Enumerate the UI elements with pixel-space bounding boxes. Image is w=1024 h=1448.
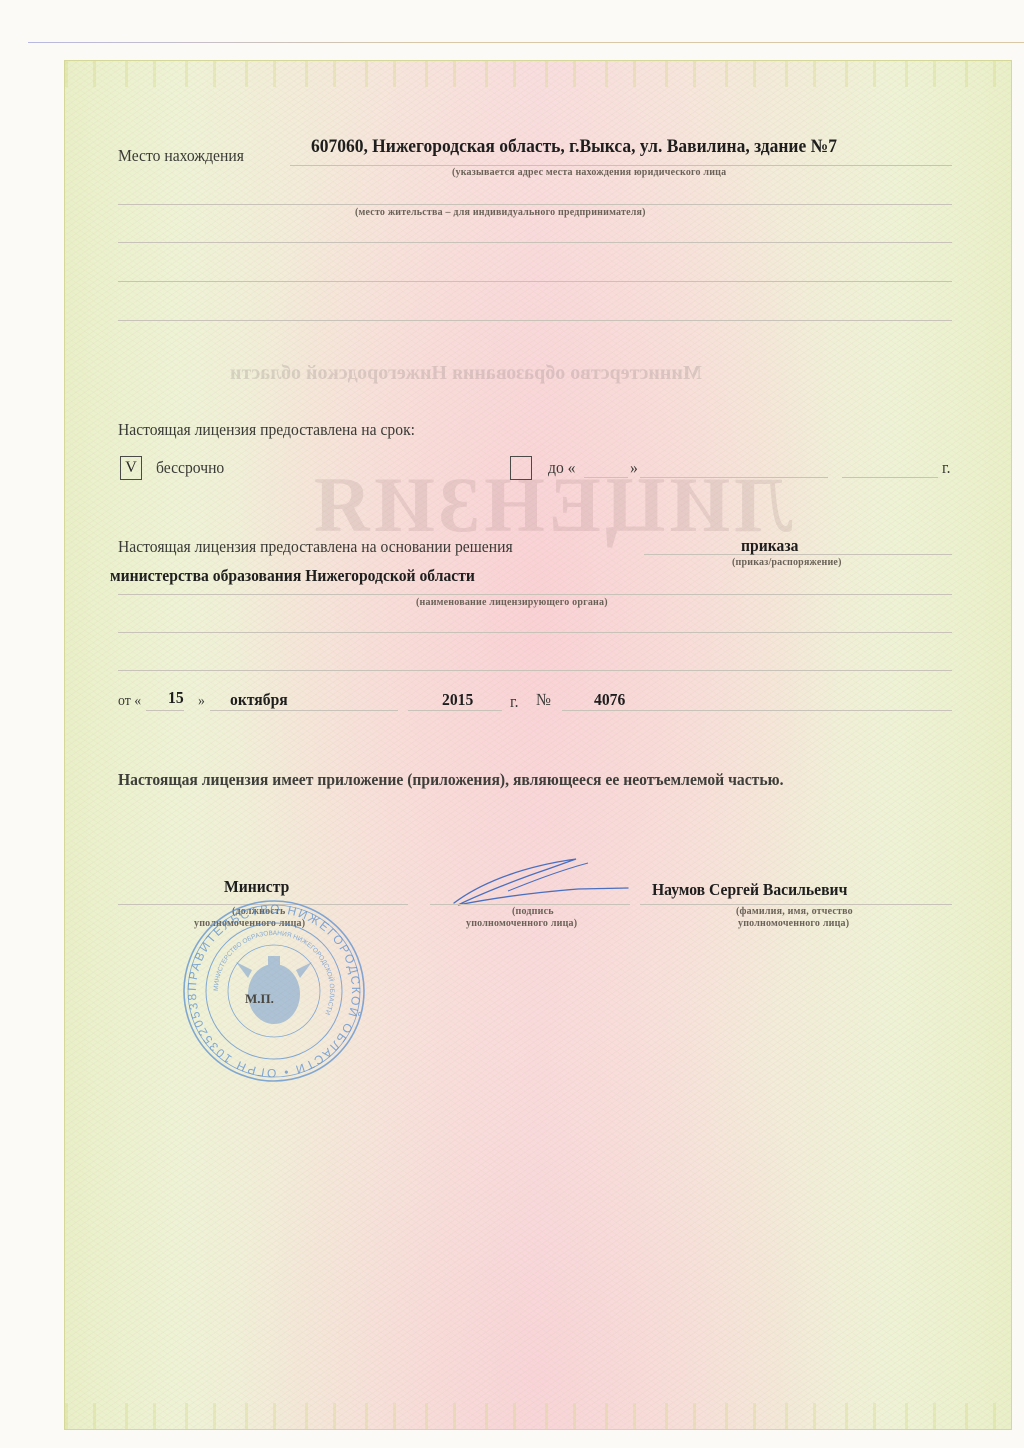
term-until-label: до «	[548, 458, 576, 478]
blank-line-2	[118, 281, 952, 282]
location-line-2	[118, 204, 952, 205]
date-prefix: от «	[118, 693, 141, 710]
signature-hint-1: (подпись	[512, 906, 554, 917]
number-line	[562, 710, 952, 711]
date-year-line	[408, 710, 502, 711]
name-hint-2: уполномоченного лица)	[738, 918, 849, 929]
number-sign: №	[536, 690, 551, 710]
date-close-quote: »	[198, 693, 205, 710]
double-headed-eagle-icon	[236, 956, 312, 1024]
signatory-name: Наумов Сергей Васильевич	[652, 880, 847, 900]
basis-type-value: приказа	[741, 536, 798, 556]
location-label: Место нахождения	[118, 146, 244, 166]
location-hint-individual: (место жительства – для индивидуального …	[355, 207, 646, 218]
blank-line-5	[118, 670, 952, 671]
term-until-month-line	[640, 477, 828, 478]
signature-line	[430, 904, 630, 905]
date-day: 15	[168, 688, 184, 708]
term-heading: Настоящая лицензия предоставлена на срок…	[118, 420, 415, 440]
seal-label: М.П.	[245, 991, 274, 1007]
term-until-year-suffix: г.	[942, 458, 951, 478]
appendix-note: Настоящая лицензия имеет приложение (при…	[118, 770, 783, 790]
name-line	[640, 904, 952, 905]
date-year: 2015	[442, 690, 473, 710]
guilloche-border-bottom	[65, 1403, 1011, 1429]
location-underline	[290, 165, 952, 166]
authority-hint: (наименование лицензирующего органа)	[416, 597, 608, 608]
location-hint-legal: (указывается адрес места нахождения юрид…	[452, 167, 726, 178]
bleed-through-ministry: Министерство образования Нижегородской о…	[230, 362, 702, 385]
date-month-line	[210, 710, 398, 711]
date-year-suffix: г.	[510, 692, 519, 712]
blank-line-3	[118, 320, 952, 321]
term-until-checkbox	[510, 456, 532, 480]
number-value: 4076	[594, 690, 625, 710]
license-sheet	[64, 60, 1012, 1430]
term-until-close-quote: »	[630, 458, 638, 478]
location-value: 607060, Нижегородская область, г.Выкса, …	[311, 136, 837, 158]
scan-edge-line	[28, 42, 1024, 43]
guilloche-border-top	[65, 61, 1011, 87]
term-until-day-line	[584, 477, 628, 478]
signature-hint-2: уполномоченного лица)	[466, 918, 577, 929]
blank-line-4	[118, 632, 952, 633]
authority-value: министерства образования Нижегородской о…	[110, 566, 475, 586]
basis-label: Настоящая лицензия предоставлена на осно…	[118, 537, 513, 557]
term-unlimited-label: бессрочно	[156, 458, 224, 478]
basis-type-hint: (приказ/распоряжение)	[732, 557, 842, 568]
authority-line	[118, 594, 952, 595]
date-month: октября	[230, 690, 288, 710]
name-hint-1: (фамилия, имя, отчество	[736, 906, 853, 917]
term-unlimited-checkbox: V	[120, 456, 142, 480]
blank-line-1	[118, 242, 952, 243]
date-day-line	[146, 710, 184, 711]
official-seal: ПРАВИТЕЛЬСТВО НИЖЕГОРОДСКОЙ ОБЛАСТИ • ОГ…	[178, 898, 370, 1084]
term-until-year-line	[842, 477, 938, 478]
signatory-position: Министр	[224, 877, 289, 897]
